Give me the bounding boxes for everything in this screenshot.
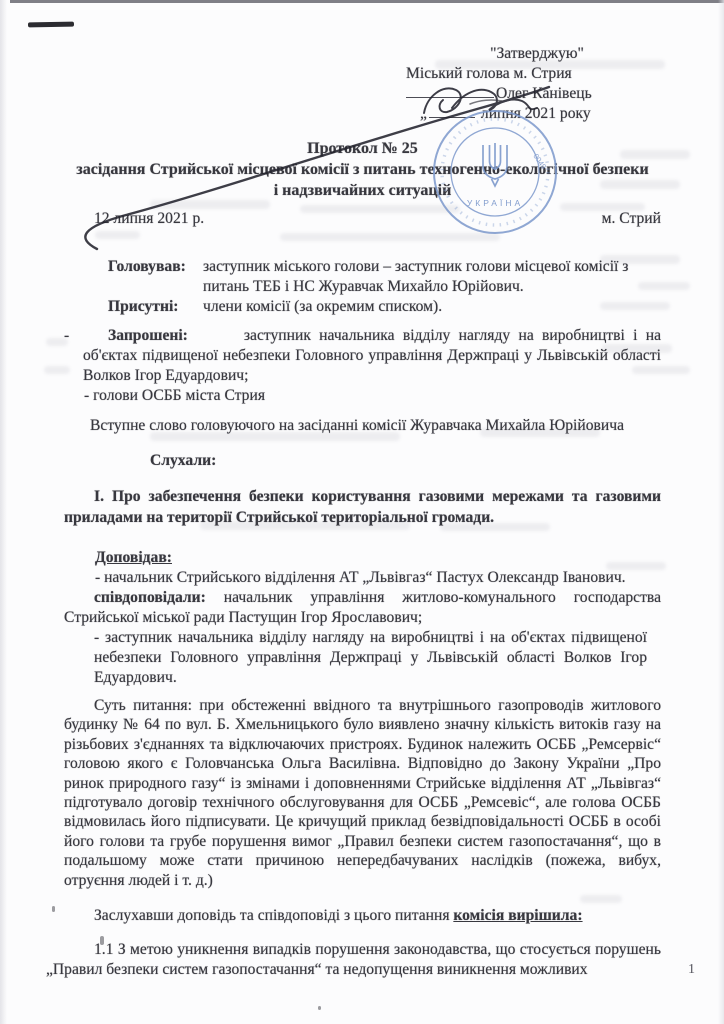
decision-emphasis: комісія вирішила: [453, 907, 582, 924]
approver-title: Міський голова м. Стрия [406, 64, 668, 84]
date-open-quote: „ [420, 105, 427, 122]
title-line-1: Протокол № 25 [64, 138, 661, 159]
heard-heading: Слухали: [150, 451, 661, 471]
co-speakers-label: співдоповідали: [94, 589, 206, 606]
scan-edge-right [718, 0, 724, 1024]
agenda-item-1: І. Про забезпечення безпеки користування… [64, 486, 661, 528]
invited-label: Запрошені: [108, 327, 188, 344]
date-place-row: 12 липня 2021 р. м. Стрий [64, 209, 661, 229]
approval-word: "Затверджую" [406, 44, 668, 64]
reported-by-line: - начальник Стрийського відділення АТ „Л… [95, 568, 661, 588]
date-blank-line [429, 104, 475, 118]
attendance-grid: Головував: заступник міського голови – з… [64, 257, 661, 317]
co-speakers-paragraph: співдоповідали: начальник управління жит… [64, 588, 661, 628]
approval-block: "Затверджую" Міський голова м. Стрия Оле… [406, 44, 668, 124]
meeting-place: м. Стрий [602, 209, 661, 229]
invited-paragraph: -Запрошені:заступник начальника відділу … [83, 326, 661, 386]
reported-by-label: Доповідав: [95, 548, 661, 568]
present-value: члени комісії (за окремим списком). [203, 297, 661, 317]
present-label: Присутні: [64, 297, 203, 317]
date-suffix: липня 2021 року [481, 105, 591, 122]
scan-edge-left [0, 0, 7, 1024]
decision-prefix: Заслухавши доповідь та співдоповіді з ць… [94, 907, 453, 924]
ink-speck [52, 906, 55, 912]
ink-speck [318, 1006, 321, 1010]
signature-line-row: Олег Канівець [406, 84, 668, 104]
signature-blank-line [406, 84, 494, 98]
decision-intro: Заслухавши доповідь та співдоповіді з ць… [64, 906, 661, 926]
chair-label: Головував: [64, 257, 203, 297]
issue-essence-paragraph: Суть питання: при обстеженні ввідного та… [64, 696, 661, 890]
co-speaker-item: - заступник начальника відділу нагляду н… [94, 628, 647, 688]
title-line-2: засідання Стрийської місцевої комісії з … [64, 159, 661, 180]
intro-paragraph: Вступне слово головуючого на засіданні к… [64, 416, 661, 436]
document-content: "Затверджую" Міський голова м. Стрия Оле… [64, 0, 661, 980]
decision-item-1-1: 1.1 З метою уникнення випадків порушення… [46, 940, 661, 980]
title-line-3: і надзвичайних ситуацій [64, 180, 661, 201]
approval-date-row: „липня 2021 року [406, 104, 668, 124]
scanned-document-page: "Затверджую" Міський голова м. Стрия Оле… [0, 0, 724, 1024]
meeting-date: 12 липня 2021 р. [94, 209, 204, 229]
chair-value: заступник міського голови – заступник го… [203, 257, 661, 297]
invited-dash: - [64, 326, 108, 346]
invited-item-2: - голови ОСББ міста Стрия [84, 386, 661, 406]
page-number: 1 [688, 962, 695, 978]
document-title: Протокол № 25 засідання Стрийської місце… [64, 138, 661, 201]
approver-name: Олег Канівець [496, 85, 592, 102]
